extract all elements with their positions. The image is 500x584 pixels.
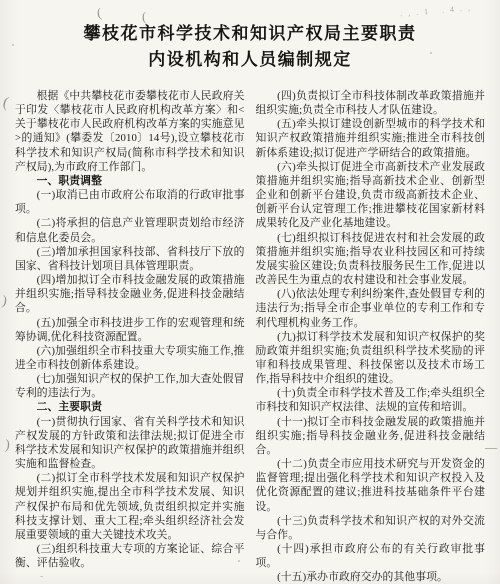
document-paragraph: (二)拟订全市科学技术发展和知识产权保护规划并组织实施,提出全市科学技术发展、知… [15, 471, 245, 542]
document-paragraph: (二)将承担的信息产业管理职责划给市经济和信息化委员会。 [15, 216, 245, 244]
document-paragraph: (一)取消已由市政府公布取消的行政审批事项。 [15, 188, 245, 216]
document-paragraph: (十五)承办市政府交办的其他事项。 [256, 570, 486, 584]
document-paragraph: (十四)承担市政府公布的有关行政审批事项。 [256, 542, 486, 570]
document-body-columns: 根据《中共攀枝花市委攀枝花市人民政府关于印发〈攀枝花市人民政府机构改革方案〉和<… [15, 89, 485, 584]
scan-artifact-curl: ) [4, 438, 10, 454]
document-paragraph: 根据《中共攀枝花市委攀枝花市人民政府关于印发〈攀枝花市人民政府机构改革方案〉和<… [15, 89, 245, 174]
document-paragraph: (五)牵头拟订建设创新型城市的科学技术和知识产权政策措施并组织实施;推进全市科技… [256, 117, 486, 159]
document-paragraph: (六)加强组织全市科技重大专项实施工作,推进全市科技创新体系建设。 [15, 344, 245, 372]
document-paragraph: (十)负责全市科学技术普及工作;牵头组织全市科技和知识产权法律、法规的宣传和培训… [256, 386, 486, 414]
document-paragraph: (七)加强知识产权的保护工作,加大查处假冒专利的违法行为。 [15, 372, 245, 400]
document-paragraph: (三)组织科技重大专项的方案论证、综合平衡、评估验收。 [15, 542, 245, 570]
document-paragraph: (十三)负责科学技术和知识产权的对外交流与合作。 [256, 514, 486, 542]
document-paragraph: (十二)负责全市应用技术研究与开发资金的监督管理;提出强化科学技术和知识产权投入… [256, 457, 486, 514]
document-paragraph: (五)加强全市科技进步工作的宏观管理和统筹协调,优化科技资源配置。 [15, 316, 245, 344]
scan-artifact-curl: ( [1, 95, 10, 113]
document-title-line-1: 攀枝花市科学技术和知识产权局主要职责 [10, 21, 490, 47]
document-paragraph: (三)增加承担国家科技部、省科技厅下放的国家、省科技计划项目具体管理职责。 [15, 245, 245, 273]
document-paragraph: (九)拟订科学技术发展和知识产权保护的奖励政策并组织实施;负责组织科学技术奖励的… [256, 330, 486, 387]
document-paragraph: (八)依法处理专利纠纷案件,查处假冒专利的违法行为;指导全市企事业单位的专利工作… [256, 287, 486, 329]
scan-artifact-dash: — [485, 440, 497, 455]
document-paragraph: 一、职责调整 [15, 174, 245, 188]
document-paragraph: 二、主要职责 [15, 400, 245, 414]
document-paragraph: 三、内设机构 [496, 89, 500, 103]
scan-artifact-curl: ( [96, 5, 103, 21]
document-paragraph: (四)负责拟订全市科技体制改革政策措施并组织实施;负责全市科技人才队伍建设。 [256, 89, 486, 117]
scan-artifact-pencil-marks: .,.1 .4., [400, 3, 476, 19]
document-paragraph: (六)牵头拟订促进全市高新技术产业发展政策措施并组织实施;指导高新技术企业、创新… [256, 160, 486, 231]
scanned-document-page: ( ( ( ) ) — .,.1 .4., 攀枝花市科学技术和知识产权局主要职责… [0, 0, 500, 584]
scan-artifact-curl: ) [1, 294, 8, 311]
document-paragraph: (十一)拟订全市科技金融发展的政策措施并组织实施;指导科技金融业务,促进科技金融… [256, 415, 486, 457]
document-paragraph: (四)增加拟订全市科技金融发展的政策措施并组织实施;指导科技金融业务,促进科技金… [15, 273, 245, 315]
document-title: 攀枝花市科学技术和知识产权局主要职责 内设机构和人员编制规定 [10, 21, 490, 73]
document-paragraph: (一)贯彻执行国家、省有关科学技术和知识产权发展的方针政策和法律法规;拟订促进全… [15, 415, 245, 472]
document-paragraph: (七)组织拟订科技促进农村和社会发展的政策措施并组织实施;指导农业科技园区和可持… [256, 231, 486, 288]
document-title-line-2: 内设机构和人员编制规定 [10, 47, 490, 73]
